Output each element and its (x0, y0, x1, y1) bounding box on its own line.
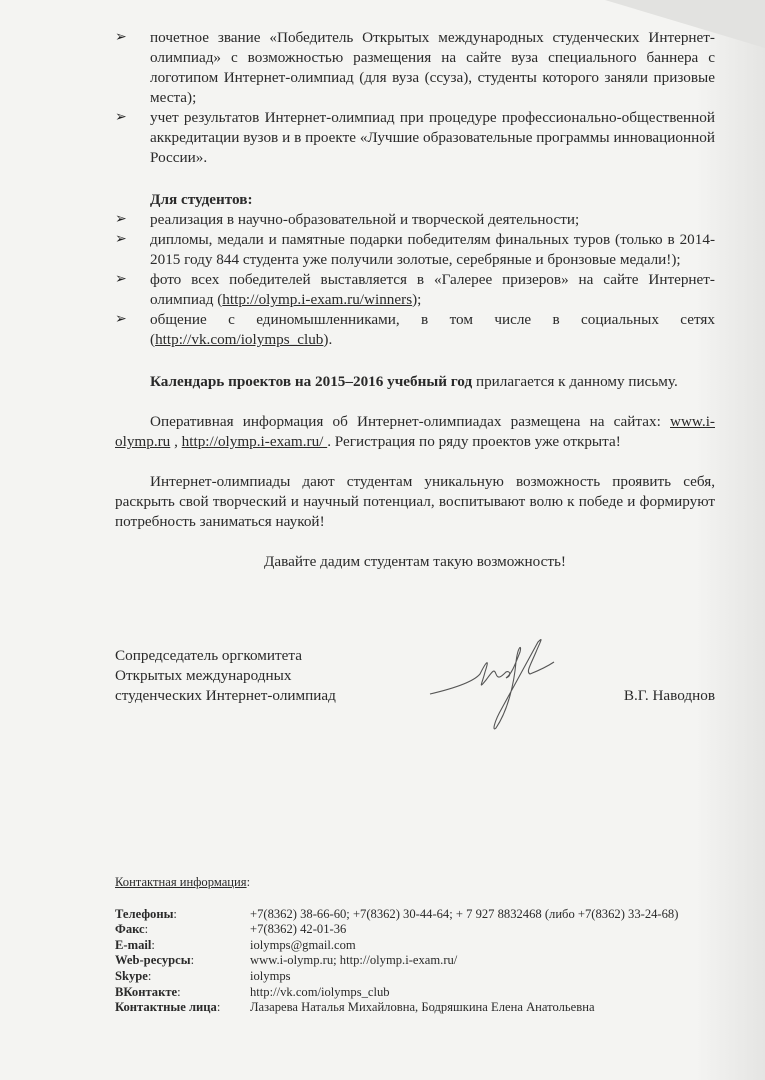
contact-row-vk: ВКонтакте: http://vk.com/iolymps_club (115, 985, 735, 1001)
contact-row-phones: Телефоны: +7(8362) 38-66-60; +7(8362) 30… (115, 907, 735, 923)
list-item: ➢ почетное звание «Победитель Открытых м… (115, 28, 715, 108)
arrow-bullet-icon: ➢ (115, 210, 127, 230)
vk-club-link[interactable]: http://vk.com/iolymps_club (155, 331, 323, 348)
students-heading: Для студентов: (115, 190, 715, 210)
arrow-bullet-icon: ➢ (115, 310, 127, 330)
i-exam-link[interactable]: http://olymp.i-exam.ru/ (182, 433, 328, 450)
signer-title-line3: студенческих Интернет-олимпиад (115, 686, 336, 706)
call-to-action: Давайте дадим студентам такую возможност… (115, 552, 715, 572)
benefits-section: ➢ почетное звание «Победитель Открытых м… (115, 28, 715, 572)
winners-link[interactable]: http://olymp.i-exam.ru/winners (222, 291, 412, 308)
arrow-bullet-icon: ➢ (115, 28, 127, 48)
list-item: ➢ дипломы, медали и памятные подарки поб… (115, 230, 715, 270)
contact-row-fax: Факс: +7(8362) 42-01-36 (115, 922, 735, 938)
contact-row-skype: Skype: iolymps (115, 969, 735, 985)
contact-info-section: Контактная информация: Телефоны: +7(8362… (115, 875, 735, 1016)
contact-row-email: E-mail: iolymps@gmail.com (115, 938, 735, 954)
opportunity-paragraph: Интернет-олимпиады дают студентам уникал… (115, 472, 715, 532)
arrow-bullet-icon: ➢ (115, 270, 127, 290)
contacts-title: Контактная информация: (115, 875, 735, 891)
arrow-bullet-icon: ➢ (115, 108, 127, 128)
contact-row-persons: Контактные лица: Лазарева Наталья Михайл… (115, 1000, 735, 1016)
calendar-paragraph: Календарь проектов на 2015–2016 учебный … (115, 372, 715, 392)
signer-title-line1: Сопредседатель оргкомитета (115, 646, 715, 666)
handwritten-signature-icon (420, 632, 560, 732)
contact-row-web: Web-ресурсы: www.i-olymp.ru; http://olym… (115, 953, 735, 969)
list-item: ➢ реализация в научно-образовательной и … (115, 210, 715, 230)
signature-block: Сопредседатель оргкомитета Открытых межд… (115, 646, 715, 706)
signer-name: В.Г. Наводнов (624, 686, 715, 706)
arrow-bullet-icon: ➢ (115, 230, 127, 250)
signer-title-line2: Открытых международных (115, 666, 715, 686)
list-item: ➢ фото всех победителей выставляется в «… (115, 270, 715, 310)
list-item: ➢ учет результатов Интернет-олимпиад при… (115, 108, 715, 168)
vk-link[interactable]: http://vk.com/iolymps_club (250, 985, 390, 1001)
scanned-letter-page: ➢ почетное звание «Победитель Открытых м… (0, 0, 765, 1080)
web-links[interactable]: www.i-olymp.ru; http://olymp.i-exam.ru/ (250, 953, 457, 969)
email-link[interactable]: iolymps@gmail.com (250, 938, 356, 954)
info-paragraph: Оперативная информация об Интернет-олимп… (115, 412, 715, 452)
list-item: ➢ общение с единомышленниками, в том чис… (115, 310, 715, 350)
